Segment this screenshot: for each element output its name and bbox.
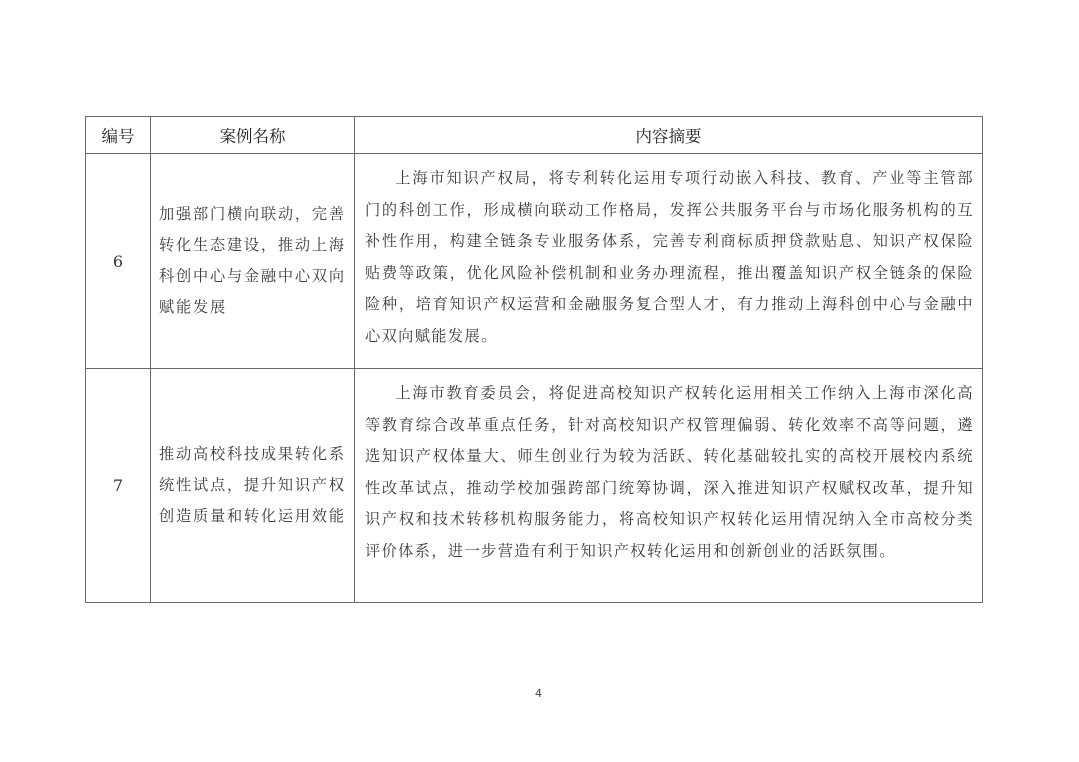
header-summary: 内容摘要: [355, 117, 983, 154]
row-summary: 上海市知识产权局，将专利转化运用专项行动嵌入科技、教育、产业等主管部门的科创工作…: [355, 154, 983, 369]
row-summary: 上海市教育委员会，将促进高校知识产权转化运用相关工作纳入上海市深化高等教育综合改…: [355, 369, 983, 603]
row-case-name: 推动高校科技成果转化系统性试点，提升知识产权创造质量和转化运用效能: [151, 369, 355, 603]
header-number: 编号: [86, 117, 151, 154]
page-number: 4: [535, 687, 542, 700]
table-row: 6 加强部门横向联动，完善转化生态建设，推动上海科创中心与金融中心双向赋能发展 …: [86, 154, 983, 369]
header-case-name: 案例名称: [151, 117, 355, 154]
table-row: 7 推动高校科技成果转化系统性试点，提升知识产权创造质量和转化运用效能 上海市教…: [86, 369, 983, 603]
table-header-row: 编号 案例名称 内容摘要: [86, 117, 983, 154]
row-number: 7: [86, 369, 151, 603]
row-case-name: 加强部门横向联动，完善转化生态建设，推动上海科创中心与金融中心双向赋能发展: [151, 154, 355, 369]
row-number: 6: [86, 154, 151, 369]
case-table: 编号 案例名称 内容摘要 6 加强部门横向联动，完善转化生态建设，推动上海科创中…: [85, 116, 983, 603]
